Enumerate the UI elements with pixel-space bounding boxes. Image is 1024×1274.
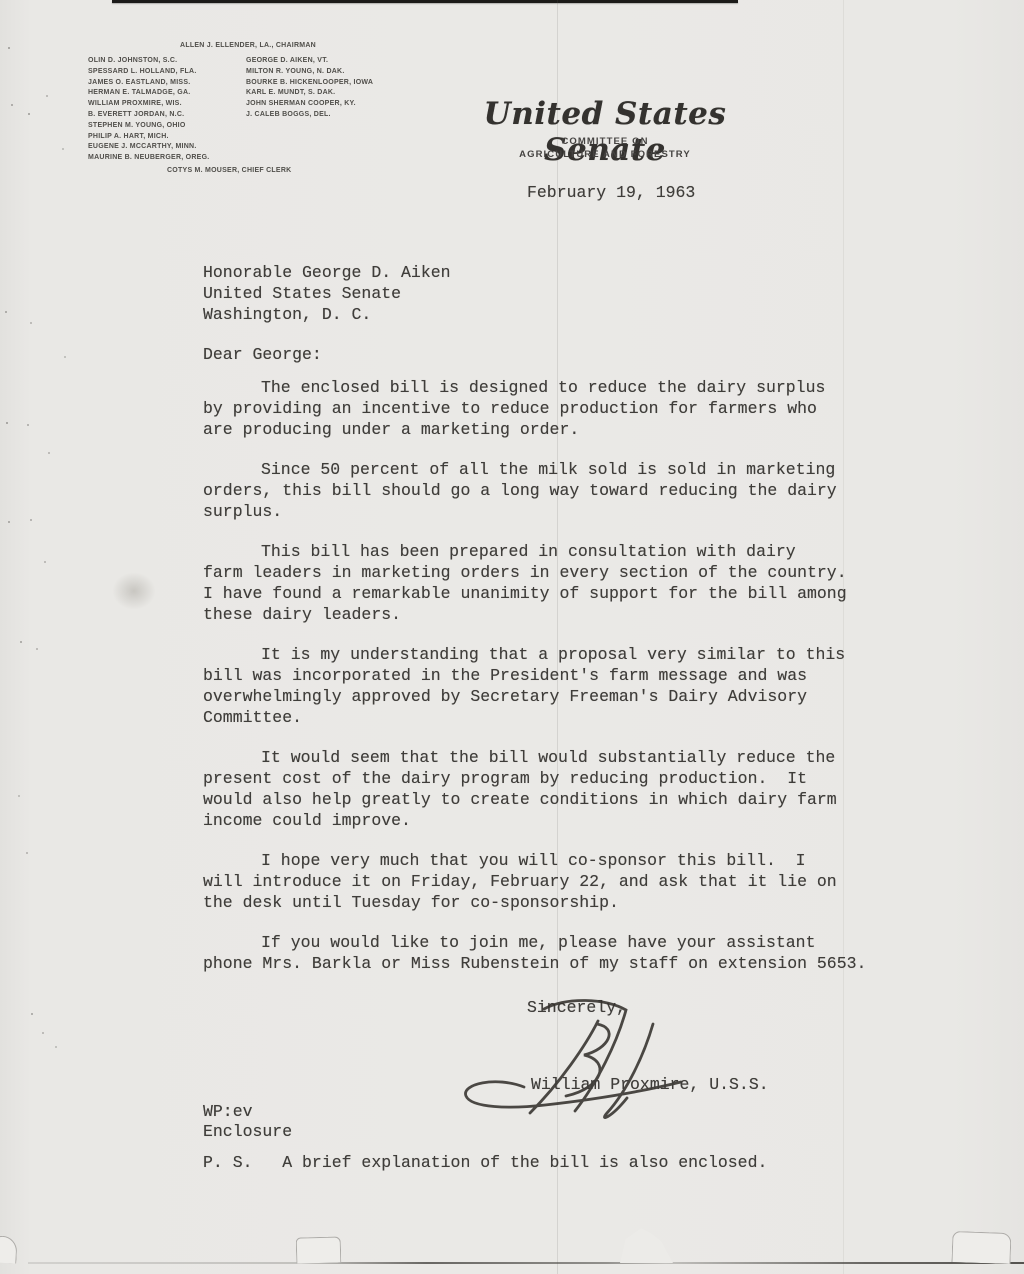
reference-initials: WP:ev <box>203 1101 253 1122</box>
enclosure-note: Enclosure <box>203 1121 292 1142</box>
member-name: WILLIAM PROXMIRE, WIS. <box>88 99 209 110</box>
recipient-address: Honorable George D. Aiken United States … <box>203 262 451 325</box>
committee-name-line1: COMMITTEE ON <box>440 136 770 147</box>
letter-page: ALLEN J. ELLENDER, LA., CHAIRMAN OLIN D.… <box>0 0 1024 1274</box>
member-name: SPESSARD L. HOLLAND, FLA. <box>88 67 209 78</box>
paragraph: If you would like to join me, please hav… <box>203 932 903 974</box>
paragraph: Since 50 percent of all the milk sold is… <box>203 459 903 522</box>
tape-fragment-2 <box>620 1228 673 1263</box>
member-name: J. CALEB BOGGS, DEL. <box>246 110 373 121</box>
paragraph: It would seem that the bill would substa… <box>203 747 903 831</box>
postscript: P. S. A brief explanation of the bill is… <box>203 1152 767 1173</box>
recipient-org: United States Senate <box>203 283 451 304</box>
committee-name-line2: AGRICULTURE AND FORESTRY <box>440 149 770 160</box>
member-name: PHILIP A. HART, MICH. <box>88 132 209 143</box>
chief-clerk: COTYS M. MOUSER, CHIEF CLERK <box>167 166 291 177</box>
recipient-name: Honorable George D. Aiken <box>203 262 451 283</box>
committee-members-left: OLIN D. JOHNSTON, S.C. SPESSARD L. HOLLA… <box>88 56 209 164</box>
tape-fragment-1 <box>296 1236 342 1263</box>
signature-scrawl <box>448 995 688 1125</box>
letter-date: February 19, 1963 <box>527 182 695 203</box>
paragraph: The enclosed bill is designed to reduce … <box>203 377 903 440</box>
tape-fragment-3 <box>951 1231 1011 1264</box>
member-name: B. EVERETT JORDAN, N.C. <box>88 110 209 121</box>
tape-fragment-left <box>0 1235 18 1263</box>
member-name: GEORGE D. AIKEN, VT. <box>246 56 373 67</box>
signer-typed-name: William Proxmire, U.S.S. <box>531 1074 769 1095</box>
paragraph: It is my understanding that a proposal v… <box>203 644 903 728</box>
letter-body: The enclosed bill is designed to reduce … <box>203 377 903 993</box>
paper-specks <box>0 0 2 2</box>
member-name: KARL E. MUNDT, S. DAK. <box>246 88 373 99</box>
member-name: EUGENE J. MCCARTHY, MINN. <box>88 142 209 153</box>
committee-members-right: GEORGE D. AIKEN, VT. MILTON R. YOUNG, N.… <box>246 56 373 121</box>
scan-top-edge <box>112 0 738 3</box>
paper-smudge <box>112 572 156 610</box>
member-name: HERMAN E. TALMADGE, GA. <box>88 88 209 99</box>
signature-svg <box>448 995 688 1125</box>
member-name: BOURKE B. HICKENLOOPER, IOWA <box>246 78 373 89</box>
member-name: OLIN D. JOHNSTON, S.C. <box>88 56 209 67</box>
committee-chairman: ALLEN J. ELLENDER, LA., CHAIRMAN <box>78 41 418 52</box>
member-name: STEPHEN M. YOUNG, OHIO <box>88 121 209 132</box>
recipient-city: Washington, D. C. <box>203 304 451 325</box>
member-name: JAMES O. EASTLAND, MISS. <box>88 78 209 89</box>
salutation: Dear George: <box>203 344 322 365</box>
member-name: MAURINE B. NEUBERGER, OREG. <box>88 153 209 164</box>
paragraph: This bill has been prepared in consultat… <box>203 541 903 625</box>
paragraph: I hope very much that you will co-sponso… <box>203 850 903 913</box>
scan-bottom-edge <box>28 1262 1024 1264</box>
member-name: MILTON R. YOUNG, N. DAK. <box>246 67 373 78</box>
member-name: JOHN SHERMAN COOPER, KY. <box>246 99 373 110</box>
